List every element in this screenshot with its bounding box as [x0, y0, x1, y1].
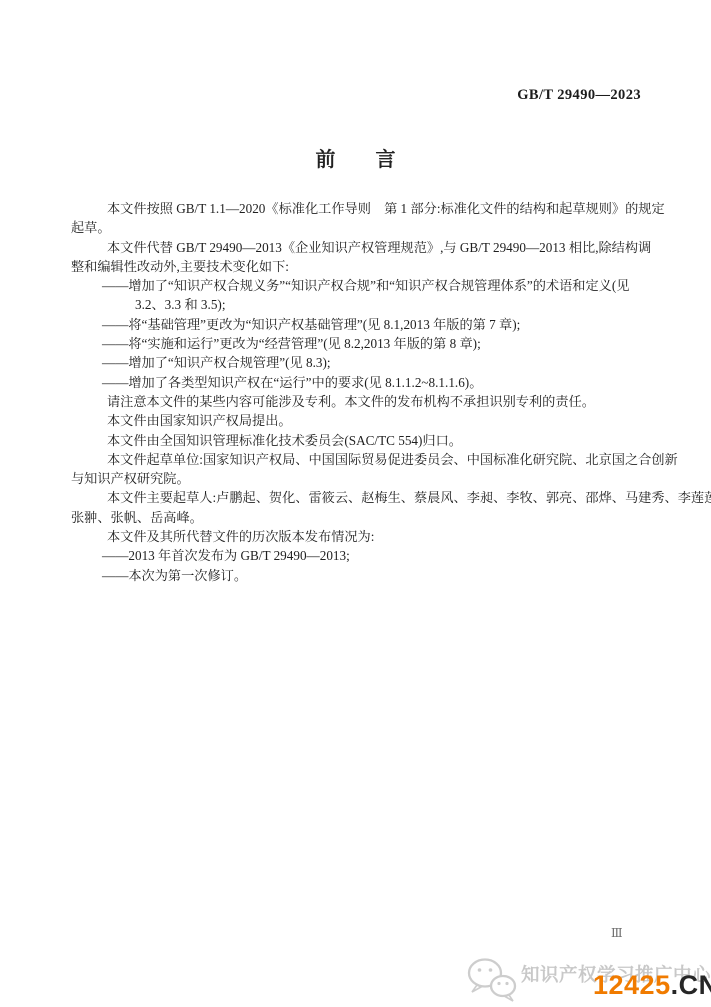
text-line: 3.2、3.3 和 3.5); — [71, 295, 653, 314]
watermark-site-tld: .CN — [671, 970, 711, 1000]
text-line: 本文件按照 GB/T 1.1—2020《标准化工作导则 第 1 部分:标准化文件… — [71, 199, 653, 218]
text-line: ——本次为第一次修订。 — [71, 566, 653, 585]
text-line: 本文件起草单位:国家知识产权局、中国国际贸易促进委员会、中国标准化研究院、北京国… — [71, 450, 653, 469]
standard-code: GB/T 29490—2023 — [517, 87, 641, 104]
text-line: 整和编辑性改动外,主要技术变化如下: — [71, 257, 653, 276]
text-line: 与知识产权研究院。 — [71, 469, 653, 488]
text-line: 本文件代替 GB/T 29490—2013《企业知识产权管理规范》,与 GB/T… — [71, 238, 653, 257]
body-lines: 本文件按照 GB/T 1.1—2020《标准化工作导则 第 1 部分:标准化文件… — [71, 199, 653, 585]
text-line: 本文件由国家知识产权局提出。 — [71, 411, 653, 430]
text-line: 本文件由全国知识管理标准化技术委员会(SAC/TC 554)归口。 — [71, 431, 653, 450]
text-line: ——增加了各类型知识产权在“运行”中的要求(见 8.1.1.2~8.1.1.6)… — [71, 373, 653, 392]
text-line: 请注意本文件的某些内容可能涉及专利。本文件的发布机构不承担识别专利的责任。 — [71, 392, 653, 411]
text-line: ——增加了“知识产权合规义务”“知识产权合规”和“知识产权合规管理体系”的术语和… — [71, 276, 653, 295]
text-line: ——将“基础管理”更改为“知识产权基础管理”(见 8.1,2013 年版的第 7… — [71, 315, 653, 334]
text-line: ——2013 年首次发布为 GB/T 29490—2013; — [71, 546, 653, 565]
page-title: 前 言 — [0, 143, 711, 172]
text-line: 起草。 — [71, 218, 653, 237]
document-page: GB/T 29490—2023 前 言 本文件按照 GB/T 1.1—2020《… — [0, 0, 711, 1007]
watermark-site-number: 12425 — [593, 970, 671, 1000]
text-line: ——将“实施和运行”更改为“经营管理”(见 8.2,2013 年版的第 8 章)… — [71, 334, 653, 353]
watermark-site-text: 12425.CN — [593, 970, 711, 1001]
text-line: ——增加了“知识产权合规管理”(见 8.3); — [71, 353, 653, 372]
wechat-logo-icon — [466, 956, 518, 1002]
text-line: 本文件及其所代替文件的历次版本发布情况为: — [71, 527, 653, 546]
page-number: Ⅲ — [611, 926, 623, 941]
text-line: 张翀、张帆、岳高峰。 — [71, 508, 653, 527]
text-line: 本文件主要起草人:卢鹏起、贺化、雷筱云、赵梅生、蔡晨风、李昶、李牧、郭亮、邵烨、… — [71, 488, 653, 507]
